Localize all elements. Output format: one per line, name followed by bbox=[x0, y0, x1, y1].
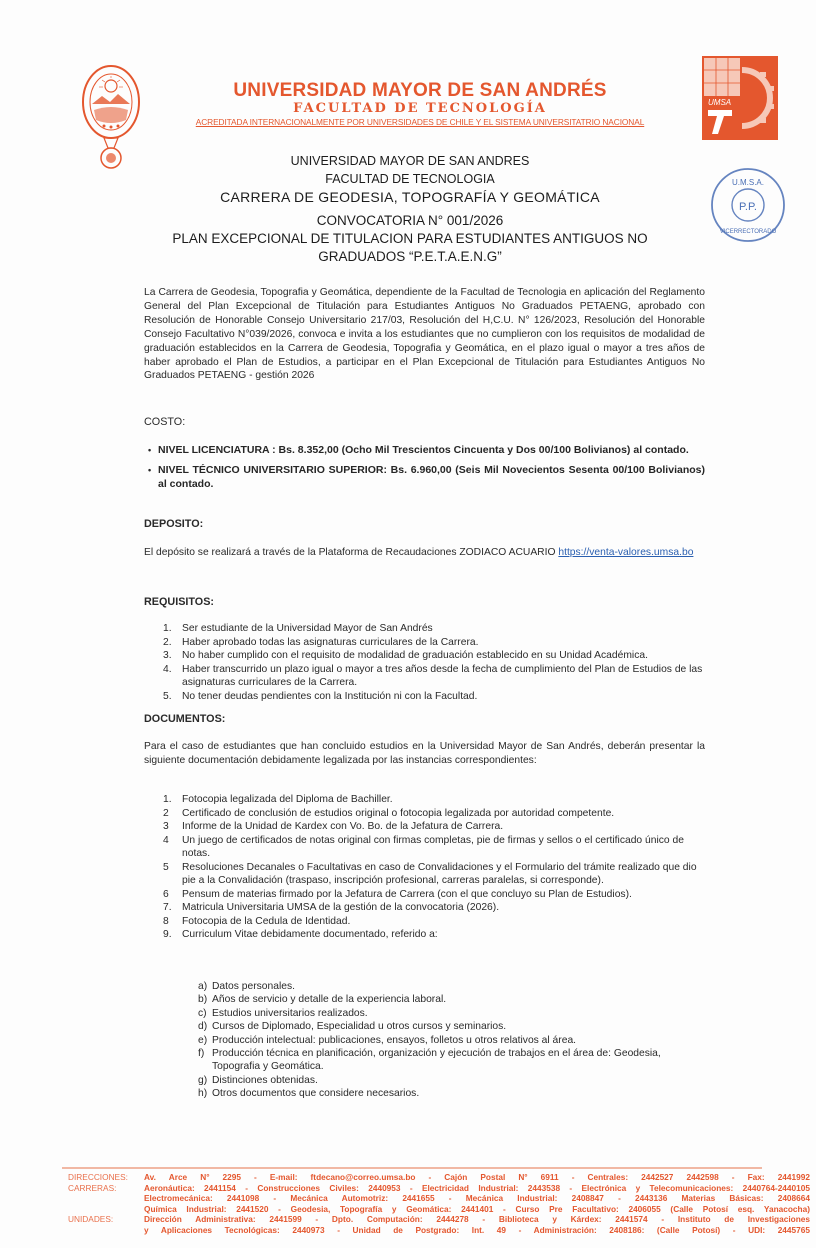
list-item: d)Cursos de Diplomado, Especialidad u ot… bbox=[198, 1020, 708, 1033]
list-item: 6Pensum de materias firmado por la Jefat… bbox=[163, 888, 708, 902]
documentos-list: 1.Fotocopia legalizada del Diploma de Ba… bbox=[163, 793, 708, 942]
list-item: 2Certificado de conclusión de estudios o… bbox=[163, 807, 708, 821]
deposito-text: El depósito se realizará a través de la … bbox=[144, 547, 558, 558]
list-item: 1.Ser estudiante de la Universidad Mayor… bbox=[163, 622, 708, 636]
title-convocatoria: CONVOCATORIA N° 001/2026 bbox=[140, 213, 680, 228]
letterhead-accreditation: ACREDITADA INTERNACIONALMENTE POR UNIVER… bbox=[158, 117, 682, 127]
footer-row: DIRECCIONES:Av. Arce N° 2295 - E-mail: f… bbox=[68, 1172, 816, 1183]
requisitos-heading: REQUISITOS: bbox=[144, 596, 214, 608]
list-item: 3Informe de la Unidad de Kardex con Vo. … bbox=[163, 820, 708, 834]
svg-text:U.M.S.A.: U.M.S.A. bbox=[732, 178, 764, 187]
letterhead-university: UNIVERSIDAD MAYOR DE SAN ANDRÉS bbox=[150, 80, 690, 102]
university-seal-icon bbox=[80, 64, 142, 172]
footer-contacts: DIRECCIONES:Av. Arce N° 2295 - E-mail: f… bbox=[68, 1172, 816, 1236]
costo-heading: COSTO: bbox=[144, 416, 185, 428]
documentos-intro: Para el caso de estudiantes que han conc… bbox=[144, 740, 705, 768]
footer-row: CARRERAS:Aeronáutica: 2441154 - Construc… bbox=[68, 1183, 816, 1194]
svg-text:VICERRECTORADO: VICERRECTORADO bbox=[720, 229, 777, 235]
umsa-technology-gear-logo-icon: UMSA bbox=[702, 56, 778, 140]
list-item: a)Datos personales. bbox=[198, 980, 708, 993]
footer-divider bbox=[62, 1167, 762, 1169]
list-item: 9.Curriculum Vitae debidamente documenta… bbox=[163, 928, 708, 942]
list-item: 1.Fotocopia legalizada del Diploma de Ba… bbox=[163, 793, 708, 807]
list-item: e)Producción intelectual: publicaciones,… bbox=[198, 1034, 708, 1047]
svg-text:P.P.: P.P. bbox=[739, 201, 757, 213]
title-university: UNIVERSIDAD MAYOR DE SAN ANDRES bbox=[140, 154, 680, 168]
list-item: 2.Haber aprobado todas las asignaturas c… bbox=[163, 636, 708, 650]
list-item: 4Un juego de certificados de notas origi… bbox=[163, 834, 708, 861]
list-item: b)Años de servicio y detalle de la exper… bbox=[198, 993, 708, 1006]
intro-paragraph: La Carrera de Geodesia, Topografia y Geo… bbox=[144, 286, 705, 383]
list-item: 5Resoluciones Decanales o Facultativas e… bbox=[163, 861, 708, 888]
list-item: g)Distinciones obtenidas. bbox=[198, 1074, 708, 1087]
document-page: UNIVERSIDAD MAYOR DE SAN ANDRÉS FACULTAD… bbox=[0, 0, 816, 1248]
requisitos-list: 1.Ser estudiante de la Universidad Mayor… bbox=[163, 622, 708, 703]
documentos-heading: DOCUMENTOS: bbox=[144, 713, 225, 725]
title-faculty: FACULTAD DE TECNOLOGIA bbox=[140, 172, 680, 186]
list-item: 3.No haber cumplido con el requisito de … bbox=[163, 649, 708, 663]
venta-valores-link[interactable]: https://venta-valores.umsa.bo bbox=[558, 547, 693, 558]
title-career: CARRERA DE GEODESIA, TOPOGRAFÍA Y GEOMÁT… bbox=[140, 189, 680, 205]
title-plan: PLAN EXCEPCIONAL DE TITULACION PARA ESTU… bbox=[140, 231, 680, 246]
cost-item-licenciatura: NIVEL LICENCIATURA : Bs. 8.352,00 (Ocho … bbox=[148, 443, 705, 457]
deposito-heading: DEPOSITO: bbox=[144, 518, 203, 530]
footer-row: y Aplicaciones Tecnológicas: 2440973 - U… bbox=[68, 1225, 816, 1236]
list-item: f)Producción técnica en planificación, o… bbox=[198, 1047, 708, 1074]
title-plan-cont: GRADUADOS “P.E.T.A.E.N.G” bbox=[140, 249, 680, 264]
list-item: c)Estudios universitarios realizados. bbox=[198, 1007, 708, 1020]
cv-items-list: a)Datos personales. b)Años de servicio y… bbox=[198, 980, 708, 1101]
costo-list: NIVEL LICENCIATURA : Bs. 8.352,00 (Ocho … bbox=[148, 443, 705, 497]
footer-row: UNIDADES:Dirección Administrativa: 24415… bbox=[68, 1214, 816, 1225]
vicerrectorado-stamp-icon: U.M.S.A. P.P. VICERRECTORADO bbox=[708, 165, 788, 245]
list-item: 7.Matricula Universitaria UMSA de la ges… bbox=[163, 901, 708, 915]
footer-row: Electromecánica: 2441098 - Mecánica Auto… bbox=[68, 1193, 816, 1204]
footer-row: Química Industrial: 2441520 - Geodesia, … bbox=[68, 1204, 816, 1215]
list-item: 4.Haber transcurrido un plazo igual o ma… bbox=[163, 663, 708, 690]
list-item: 8Fotocopia de la Cedula de Identidad. bbox=[163, 915, 708, 929]
logo-umsa-label: UMSA bbox=[708, 98, 731, 107]
cost-item-tecnico: NIVEL TÉCNICO UNIVERSITARIO SUPERIOR: Bs… bbox=[148, 463, 705, 491]
list-item: h)Otros documentos que considere necesar… bbox=[198, 1087, 708, 1100]
letterhead-faculty: FACULTAD DE TECNOLOGÍA bbox=[150, 101, 690, 116]
deposito-paragraph: El depósito se realizará a través de la … bbox=[144, 546, 705, 560]
list-item: 5.No tener deudas pendientes con la Inst… bbox=[163, 690, 708, 704]
